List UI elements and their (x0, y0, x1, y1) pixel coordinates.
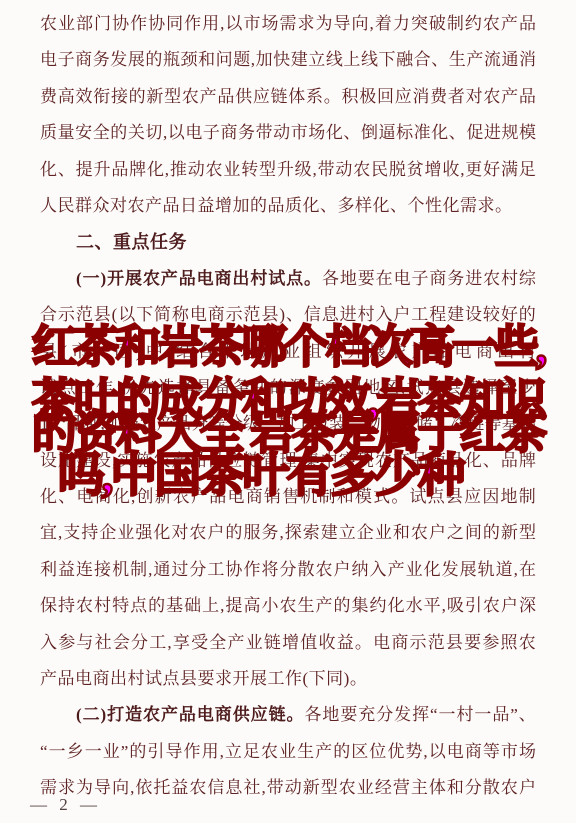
document-line: 化、提升品牌化,推动农业转型升级,带动农民脱贫增收,更好满足 (40, 152, 536, 188)
document-line: (二)打造农产品电商供应链。各地要充分发挥“一村一品”、 (40, 697, 536, 733)
document-line: 农业部门协作协同作用,以市场需求为导向,着力突破制约农产品 (40, 6, 536, 42)
document-line: 宜,支持企业强化对农户的服务,探索建立企业和农户之间的新型 (40, 515, 536, 551)
document-body: 农业部门协作协同作用,以市场需求为导向,着力突破制约农产品电子商务发展的瓶颈和问… (40, 6, 536, 807)
document-line: 设施建设,实施农产品供应链管理,集中实现农产品商品化、品牌 (40, 443, 536, 479)
page-number: — 2 — (30, 795, 101, 815)
document-line: 县(市、区)中,结合本地产业组织开展农产品电商出村 (40, 334, 536, 370)
document-line: 1个品种,加强农产品分等分级、加工包装、物流仓储、冷链等基础 (40, 406, 536, 442)
document-line: 人民群众对农产品日益增加的品质化、多样化、个性化需求。 (40, 188, 536, 224)
document-line: 利益连接机制,通过分工协作将分散农户纳入产业化发展轨道,在 (40, 552, 536, 588)
document-line: “一乡一业”的引导作用,立足农业生产的区位优势,以电商等市场 (40, 734, 536, 770)
document-line: 电子商务发展的瓶颈和问题,加快建立线上线下融合、生产流通消 (40, 42, 536, 78)
document-line: 试点工作,优先选择具备条件的深度贫困地区,试点县选择至少 (40, 370, 536, 406)
document-line: 产品电商出村试点县要求开展工作(下同)。 (40, 661, 536, 697)
document-line: 费高效衔接的新型农产品供应链体系。积极回应消费者对农产品 (40, 79, 536, 115)
document-line: 二、重点任务 (40, 224, 536, 260)
document-line: 保持农村特点的基础上,提高小农生产的集约化水平,吸引农户深 (40, 588, 536, 624)
document-line: 化、电商化,创新农产品电商销售机制和模式。试点县应因地制 (40, 479, 536, 515)
document-line: 入参与社会分工,享受全产业链增值收益。电商示范县要参照农 (40, 625, 536, 661)
document-line: 需求为导向,依托益农信息社,带动新型农业经营主体和分散农户 (40, 770, 536, 806)
document-line: 合示范县(以下简称电商示范县)、信息进村入户工程建设较好的 (40, 297, 536, 333)
document-line: 质量安全的关切,以电子商务带动市场化、倒逼标准化、促进规模 (40, 115, 536, 151)
document-page: 农业部门协作协同作用,以市场需求为导向,着力突破制约农产品电子商务发展的瓶颈和问… (0, 0, 576, 823)
document-line: (一)开展农产品电商出村试点。各地要在电子商务进农村综 (40, 261, 536, 297)
